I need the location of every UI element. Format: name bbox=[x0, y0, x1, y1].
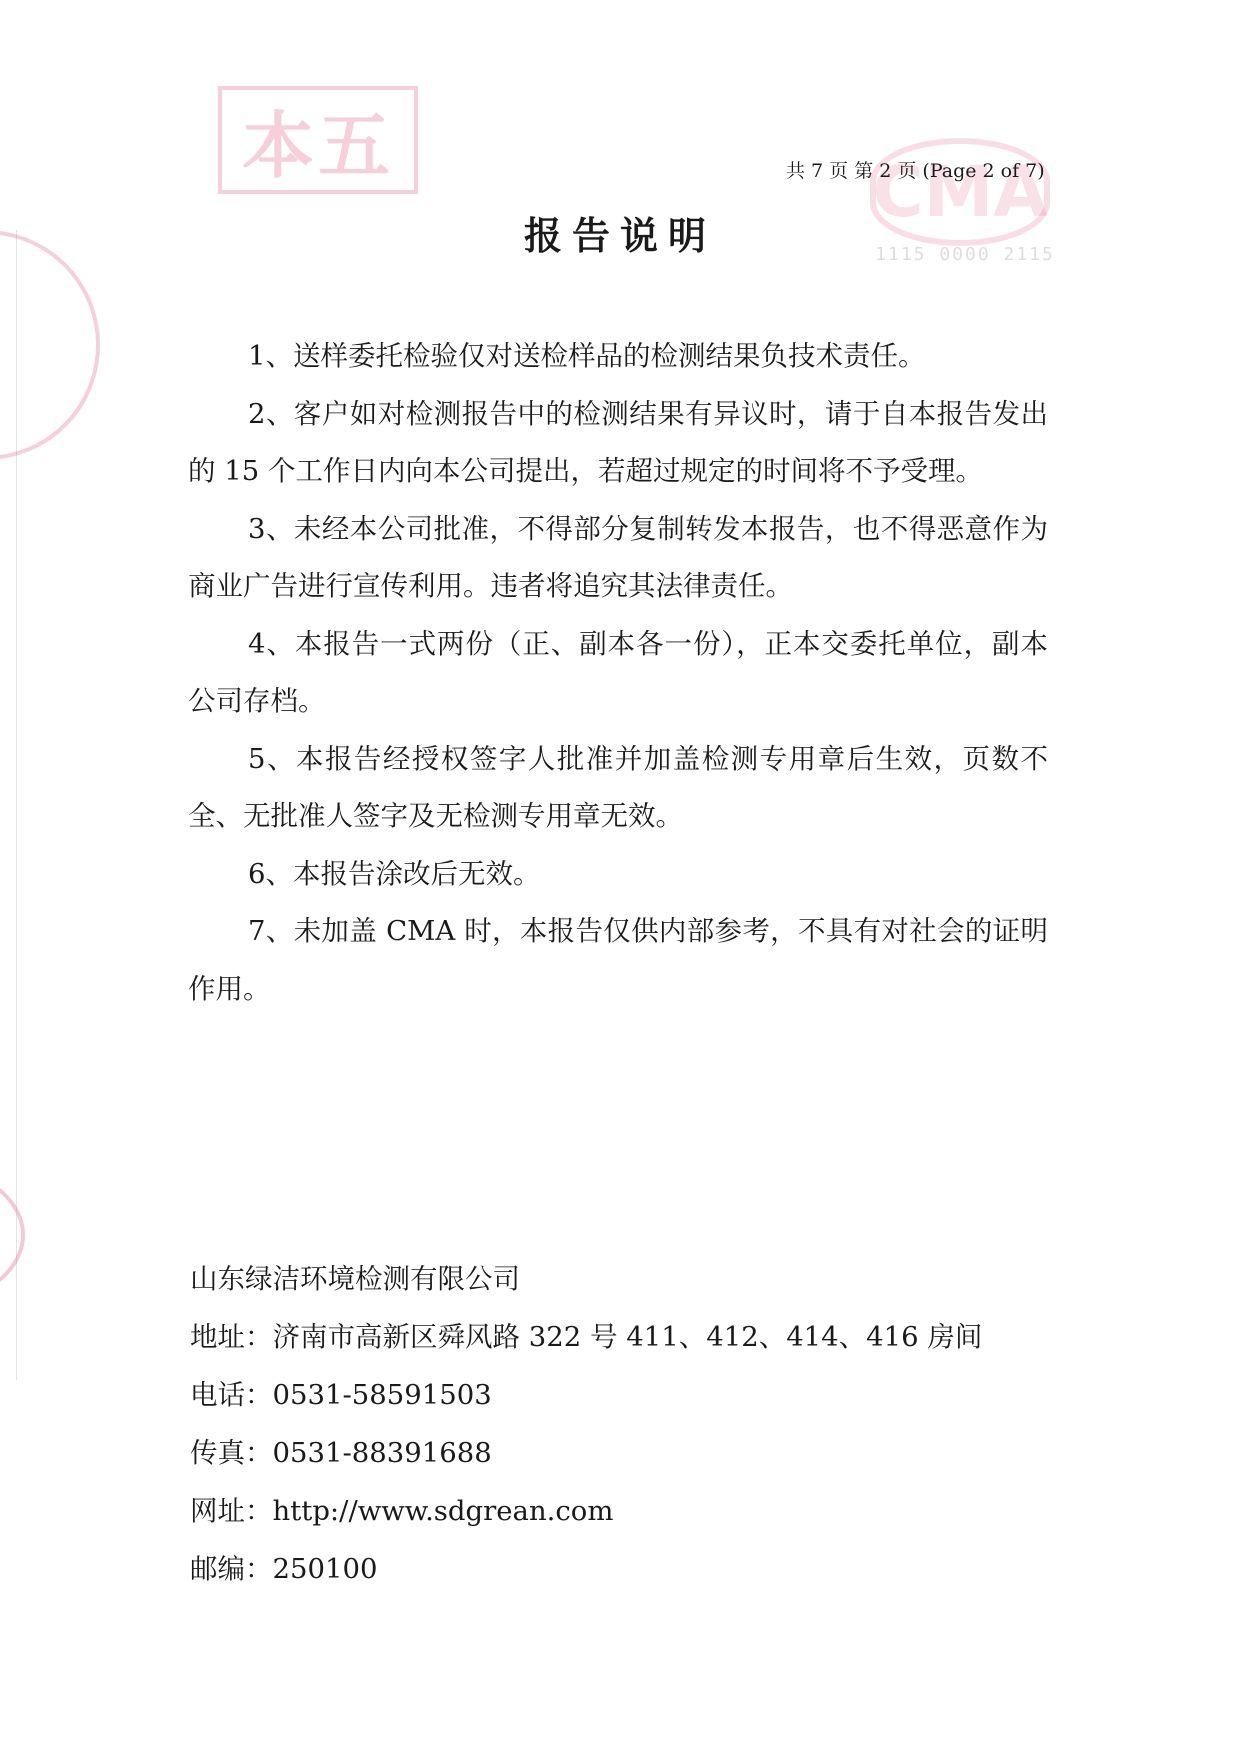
fax-label: 传真： bbox=[190, 1437, 273, 1469]
fax-row: 传真：0531-88391688 bbox=[190, 1424, 982, 1482]
website-value: http://www.sdgrean.com bbox=[273, 1495, 614, 1527]
address-value: 济南市高新区舜风路 322 号 411、412、414、416 房间 bbox=[273, 1321, 983, 1353]
clause-1: 1、送样委托检验仅对送检样品的检测结果负技术责任。 bbox=[188, 328, 1048, 386]
document-title: 报告说明 bbox=[0, 205, 1240, 260]
phone-label: 电话： bbox=[190, 1379, 273, 1411]
clause-4: 4、本报告一式两份（正、副本各一份），正本交委托单位，副本公司存档。 bbox=[188, 616, 1048, 731]
clause-5: 5、本报告经授权签字人批准并加盖检测专用章后生效，页数不全、无批准人签字及无检测… bbox=[188, 731, 1048, 846]
page-indicator: 共 7 页 第 2 页 (Page 2 of 7) bbox=[786, 156, 1045, 183]
seal-stamp-left-bottom bbox=[0, 1160, 25, 1310]
clause-7: 7、未加盖 CMA 时，本报告仅供内部参考，不具有对社会的证明作用。 bbox=[188, 903, 1048, 1018]
contact-block: 山东绿洁环境检测有限公司 地址：济南市高新区舜风路 322 号 411、412、… bbox=[190, 1250, 982, 1598]
phone-row: 电话：0531-58591503 bbox=[190, 1366, 982, 1424]
website-label: 网址： bbox=[190, 1495, 273, 1527]
company-name: 山东绿洁环境检测有限公司 bbox=[190, 1250, 982, 1308]
postcode-row: 邮编：250100 bbox=[190, 1540, 982, 1598]
phone-value: 0531-58591503 bbox=[273, 1379, 492, 1411]
postcode-value: 250100 bbox=[273, 1553, 378, 1585]
seal-stamp-left-top bbox=[0, 230, 100, 460]
address-row: 地址：济南市高新区舜风路 322 号 411、412、414、416 房间 bbox=[190, 1308, 982, 1366]
address-label: 地址： bbox=[190, 1321, 273, 1353]
clause-3: 3、未经本公司批准，不得部分复制转发本报告，也不得恶意作为商业广告进行宣传利用。… bbox=[188, 501, 1048, 616]
document-page: 本五 CMA 1115 0000 2115 共 7 页 第 2 页 (Page … bbox=[0, 0, 1240, 1754]
clauses-section: 1、送样委托检验仅对送检样品的检测结果负技术责任。 2、客户如对检测报告中的检测… bbox=[188, 328, 1048, 1018]
clause-6: 6、本报告涂改后无效。 bbox=[188, 846, 1048, 904]
fax-value: 0531-88391688 bbox=[273, 1437, 492, 1469]
postcode-label: 邮编： bbox=[190, 1553, 273, 1585]
clause-2: 2、客户如对检测报告中的检测结果有异议时，请于自本报告发出的 15 个工作日内向… bbox=[188, 386, 1048, 501]
website-row: 网址：http://www.sdgrean.com bbox=[190, 1482, 982, 1540]
copy-stamp: 本五 bbox=[218, 86, 418, 194]
